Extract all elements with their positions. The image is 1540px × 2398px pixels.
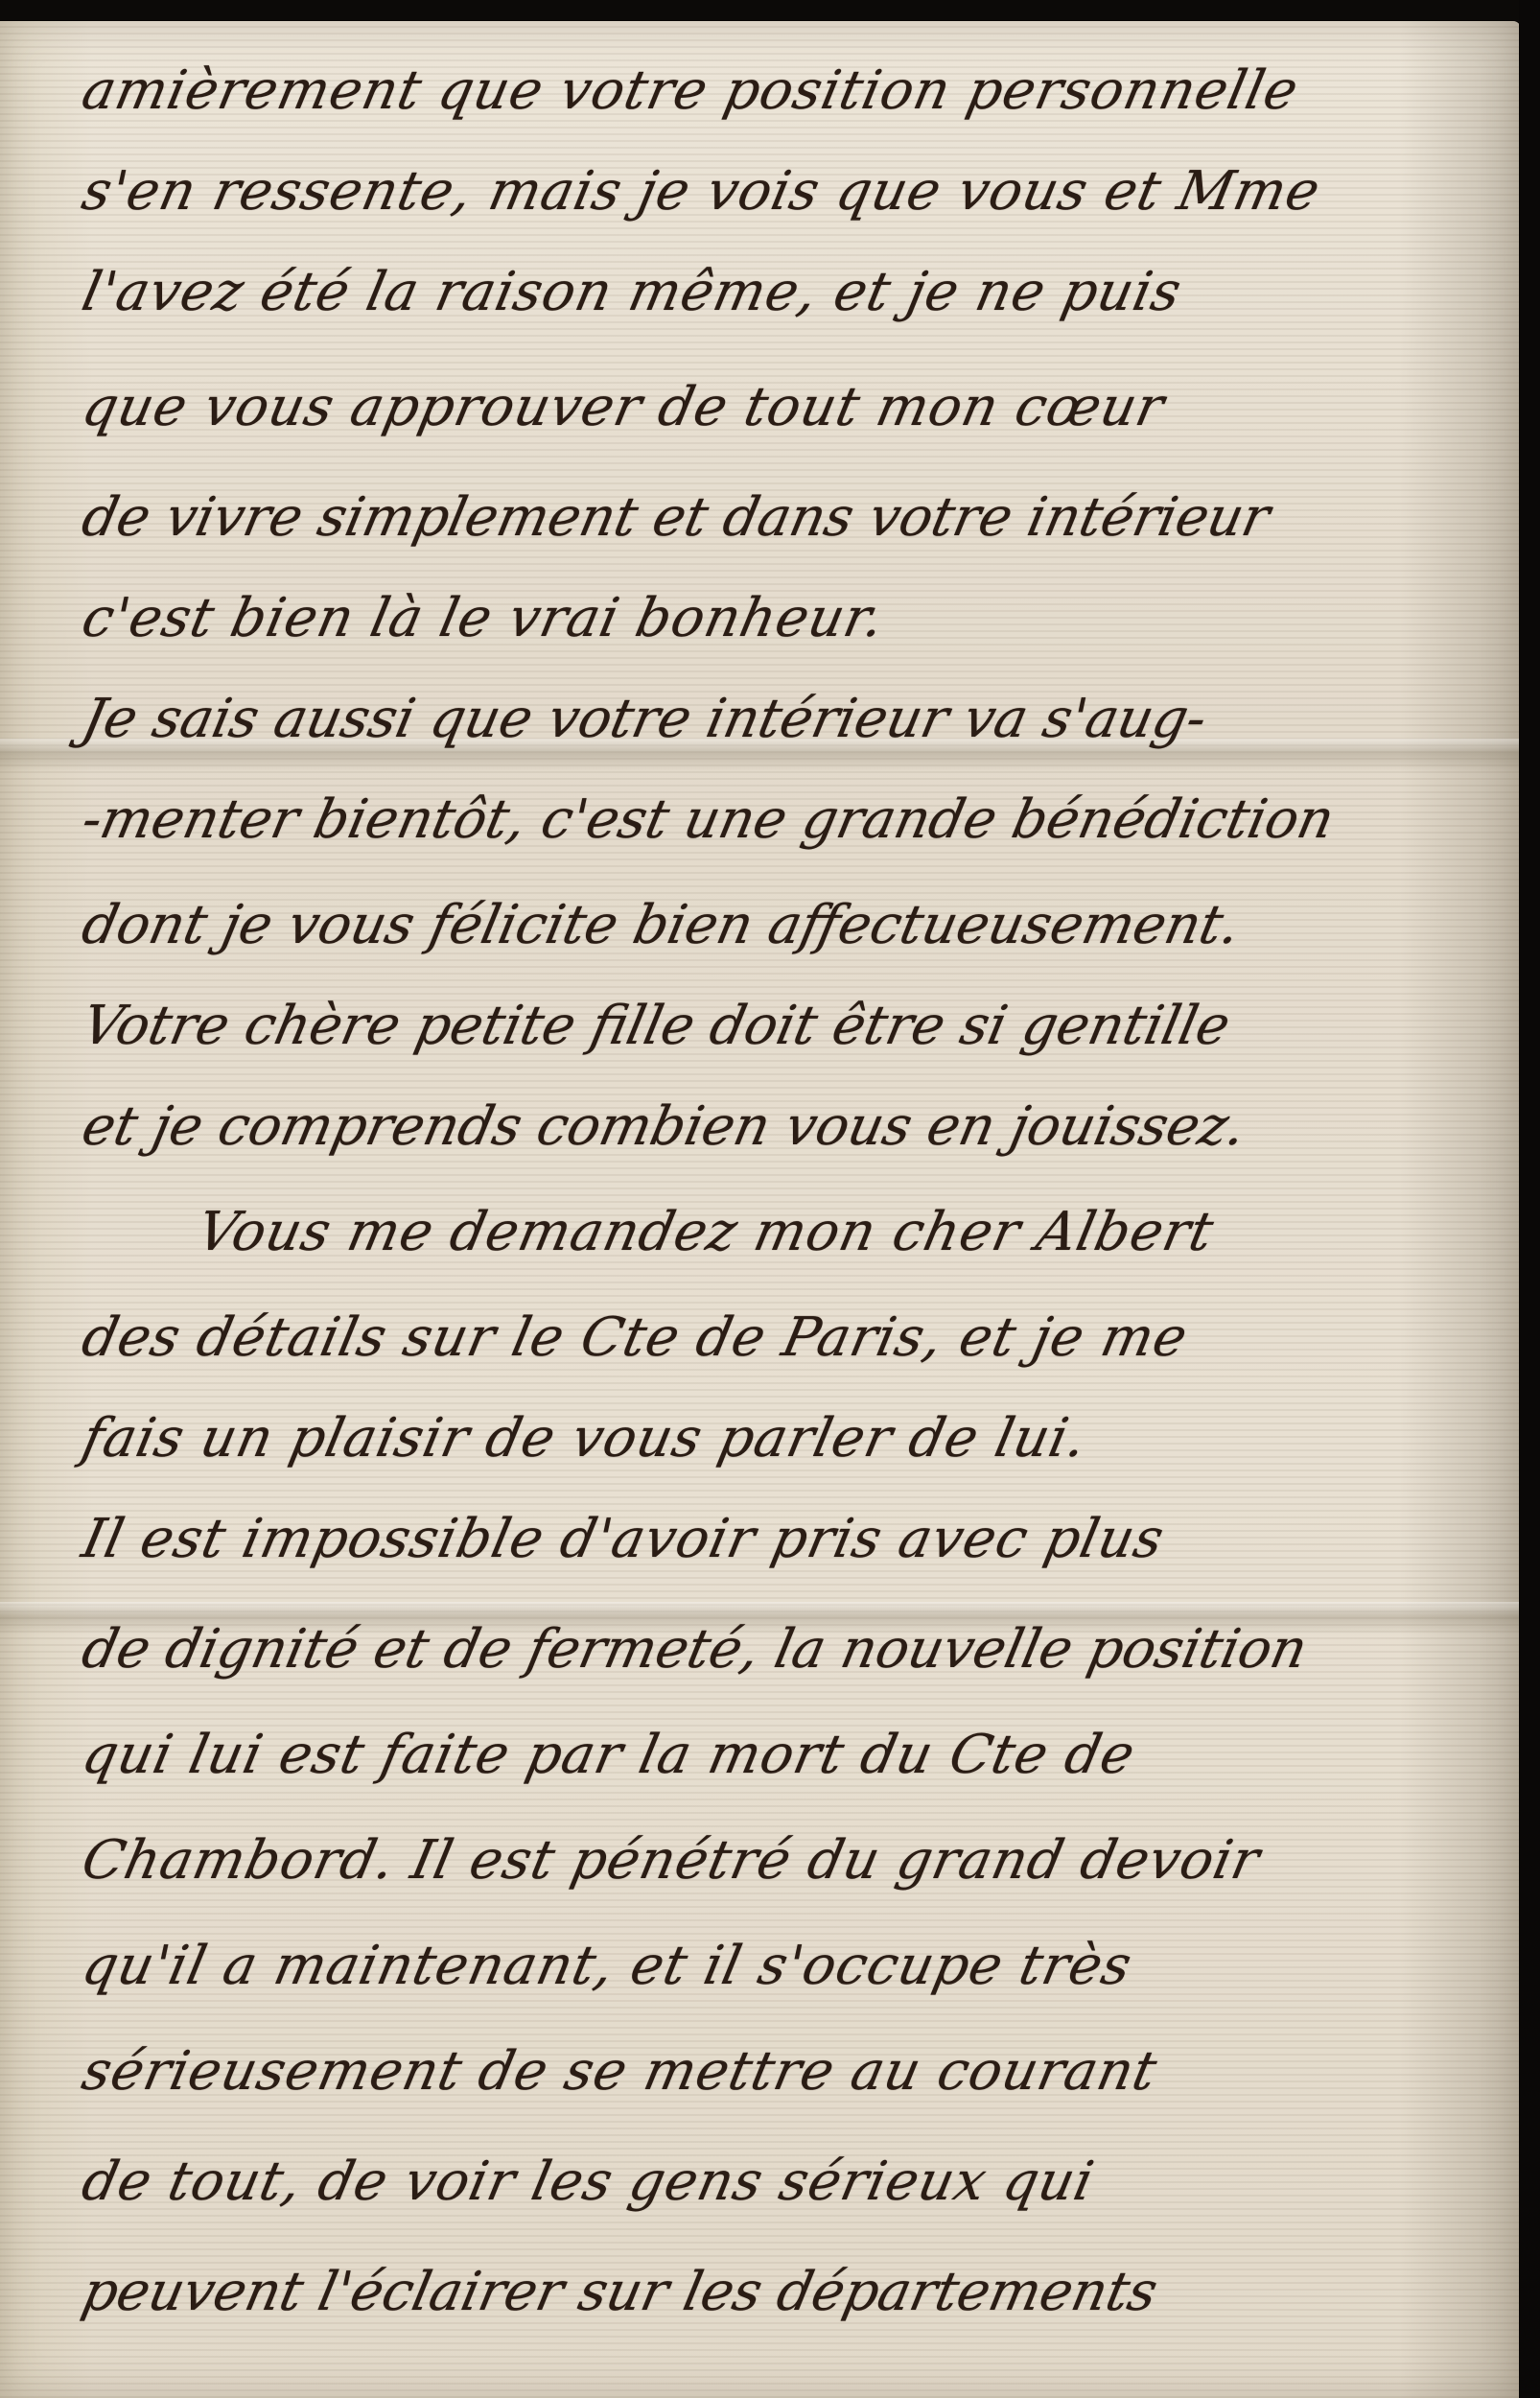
handwritten-line: des détails sur le Cte de Paris, et je m… <box>77 1306 1193 1369</box>
handwritten-line: de vivre simplement et dans votre intéri… <box>77 486 1275 549</box>
handwritten-line: dont je vous félicite bien affectueuseme… <box>77 894 1246 956</box>
handwritten-line: peuvent l'éclairer sur les départements <box>77 2261 1163 2323</box>
dark-background-edge <box>1519 0 1540 2398</box>
handwritten-line: que vous approuver de tout mon cœur <box>77 376 1170 438</box>
handwritten-line: qui lui est faite par la mort du Cte de <box>77 1724 1141 1786</box>
handwritten-line: fais un plaisir de vous parler de lui. <box>77 1407 1092 1469</box>
handwritten-line: sérieusement de se mettre au courant <box>77 2040 1163 2103</box>
handwritten-line: amièrement que votre position personnell… <box>77 59 1304 122</box>
letter-page: amièrement que votre position personnell… <box>0 21 1521 2398</box>
handwritten-line: de tout, de voir les gens sérieux qui <box>77 2151 1100 2213</box>
handwritten-line: Vous me demandez mon cher Albert <box>192 1201 1220 1263</box>
handwritten-line: Je sais aussi que votre intérieur va s'a… <box>77 688 1212 750</box>
handwritten-text-body: amièrement que votre position personnell… <box>0 21 1521 2398</box>
handwritten-line: et je comprends combien vous en jouissez… <box>77 1095 1251 1158</box>
handwritten-line: qu'il a maintenant, et il s'occupe très <box>77 1935 1137 1997</box>
handwritten-line: c'est bien là le vrai bonheur. <box>77 587 890 649</box>
handwritten-line: s'en ressente, mais je vois que vous et … <box>77 160 1326 223</box>
handwritten-line: de dignité et de fermeté, la nouvelle po… <box>77 1618 1313 1681</box>
handwritten-line: Il est impossible d'avoir pris avec plus <box>77 1508 1170 1570</box>
handwritten-line: l'avez été la raison même, et je ne puis <box>77 261 1187 323</box>
handwritten-line: -menter bientôt, c'est une grande bénédi… <box>77 788 1340 851</box>
handwritten-line: Chambord. Il est pénétré du grand devoir <box>77 1829 1266 1892</box>
handwritten-line: Votre chère petite fille doit être si ge… <box>77 995 1235 1057</box>
